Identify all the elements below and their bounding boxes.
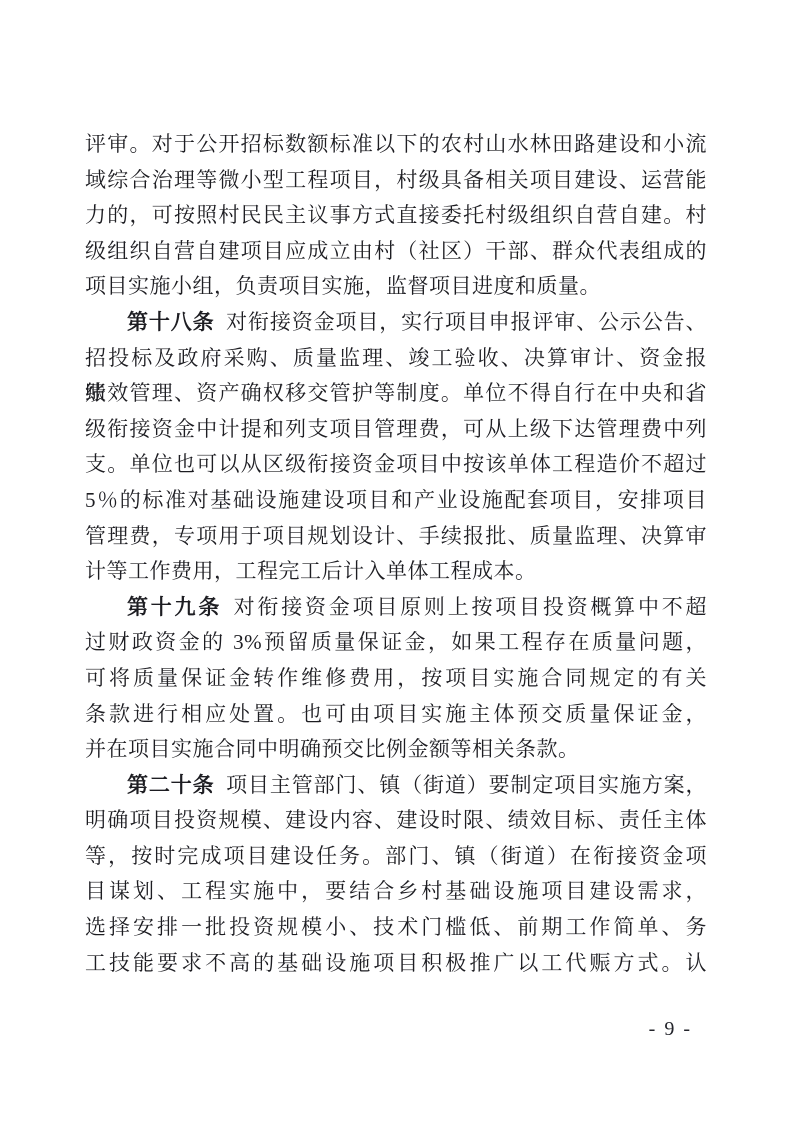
text-line: 可将质量保证金转作维修费用，按项目实施合同规定的有关 (85, 661, 707, 697)
text-line: 第十九条对衔接资金项目原则上按项目投资概算中不超 (85, 590, 707, 626)
text-line: 招投标及政府采购、质量监理、竣工验收、决算审计、资金报账、 (85, 341, 707, 377)
text-line: 明确项目投资规模、建设内容、建设时限、绩效目标、责任主体 (85, 803, 707, 839)
text-line: 级组织自营自建项目应成立由村（社区）干部、群众代表组成的 (85, 234, 707, 270)
article-term: 第十九条 (127, 595, 222, 619)
line-text: 对衔接资金项目，实行项目申报评审、公示公告、 (226, 310, 707, 334)
text-line: 计等工作费用，工程完工后计入单体工程成本。 (85, 554, 707, 590)
text-line: 目谋划、工程实施中，要结合乡村基础设施项目建设需求， (85, 874, 707, 910)
line-text: 项目主管部门、镇（街道）要制定项目实施方案， (226, 773, 707, 797)
text-line: 域综合治理等微小型工程项目，村级具备相关项目建设、运营能 (85, 163, 707, 199)
line-text: 对衔接资金项目原则上按项目投资概算中不超 (234, 595, 707, 619)
text-line: 级衔接资金中计提和列支项目管理费，可从上级下达管理费中列 (85, 412, 707, 448)
text-line: 并在项目实施合同中明确预交比例金额等相关条款。 (85, 732, 707, 768)
text-line: 等，按时完成项目建设任务。部门、镇（街道）在衔接资金项 (85, 839, 707, 875)
text-line: 5％的标准对基础设施建设项目和产业设施配套项目，安排项目 (85, 483, 707, 519)
text-line: 第十八条对衔接资金项目，实行项目申报评审、公示公告、 (85, 305, 707, 341)
page-number: - 9 - (649, 1018, 692, 1041)
text-line: 第二十条项目主管部门、镇（街道）要制定项目实施方案， (85, 768, 707, 804)
article-term: 第二十条 (127, 773, 215, 797)
text-line: 过财政资金的 3%预留质量保证金，如果工程存在质量问题， (85, 625, 707, 661)
text-line: 支。单位也可以从区级衔接资金项目中按该单体工程造价不超过 (85, 447, 707, 483)
document-page: 评审。对于公开招标数额标准以下的农村山水林田路建设和小流域综合治理等微小型工程项… (0, 0, 792, 1121)
article-term: 第十八条 (127, 310, 215, 334)
text-line: 评审。对于公开招标数额标准以下的农村山水林田路建设和小流 (85, 127, 707, 163)
text-line: 绩效管理、资产确权移交管护等制度。单位不得自行在中央和省 (85, 376, 707, 412)
text-line: 力的，可按照村民民主议事方式直接委托村级组织自营自建。村 (85, 198, 707, 234)
text-line: 条款进行相应处置。也可由项目实施主体预交质量保证金， (85, 697, 707, 733)
text-line: 项目实施小组，负责项目实施，监督项目进度和质量。 (85, 269, 707, 305)
text-line: 工技能要求不高的基础设施项目积极推广以工代赈方式。认 (85, 946, 707, 982)
text-line: 管理费，专项用于项目规划设计、手续报批、质量监理、决算审 (85, 519, 707, 555)
document-body: 评审。对于公开招标数额标准以下的农村山水林田路建设和小流域综合治理等微小型工程项… (85, 127, 707, 981)
text-line: 选择安排一批投资规模小、技术门槛低、前期工作简单、务 (85, 910, 707, 946)
